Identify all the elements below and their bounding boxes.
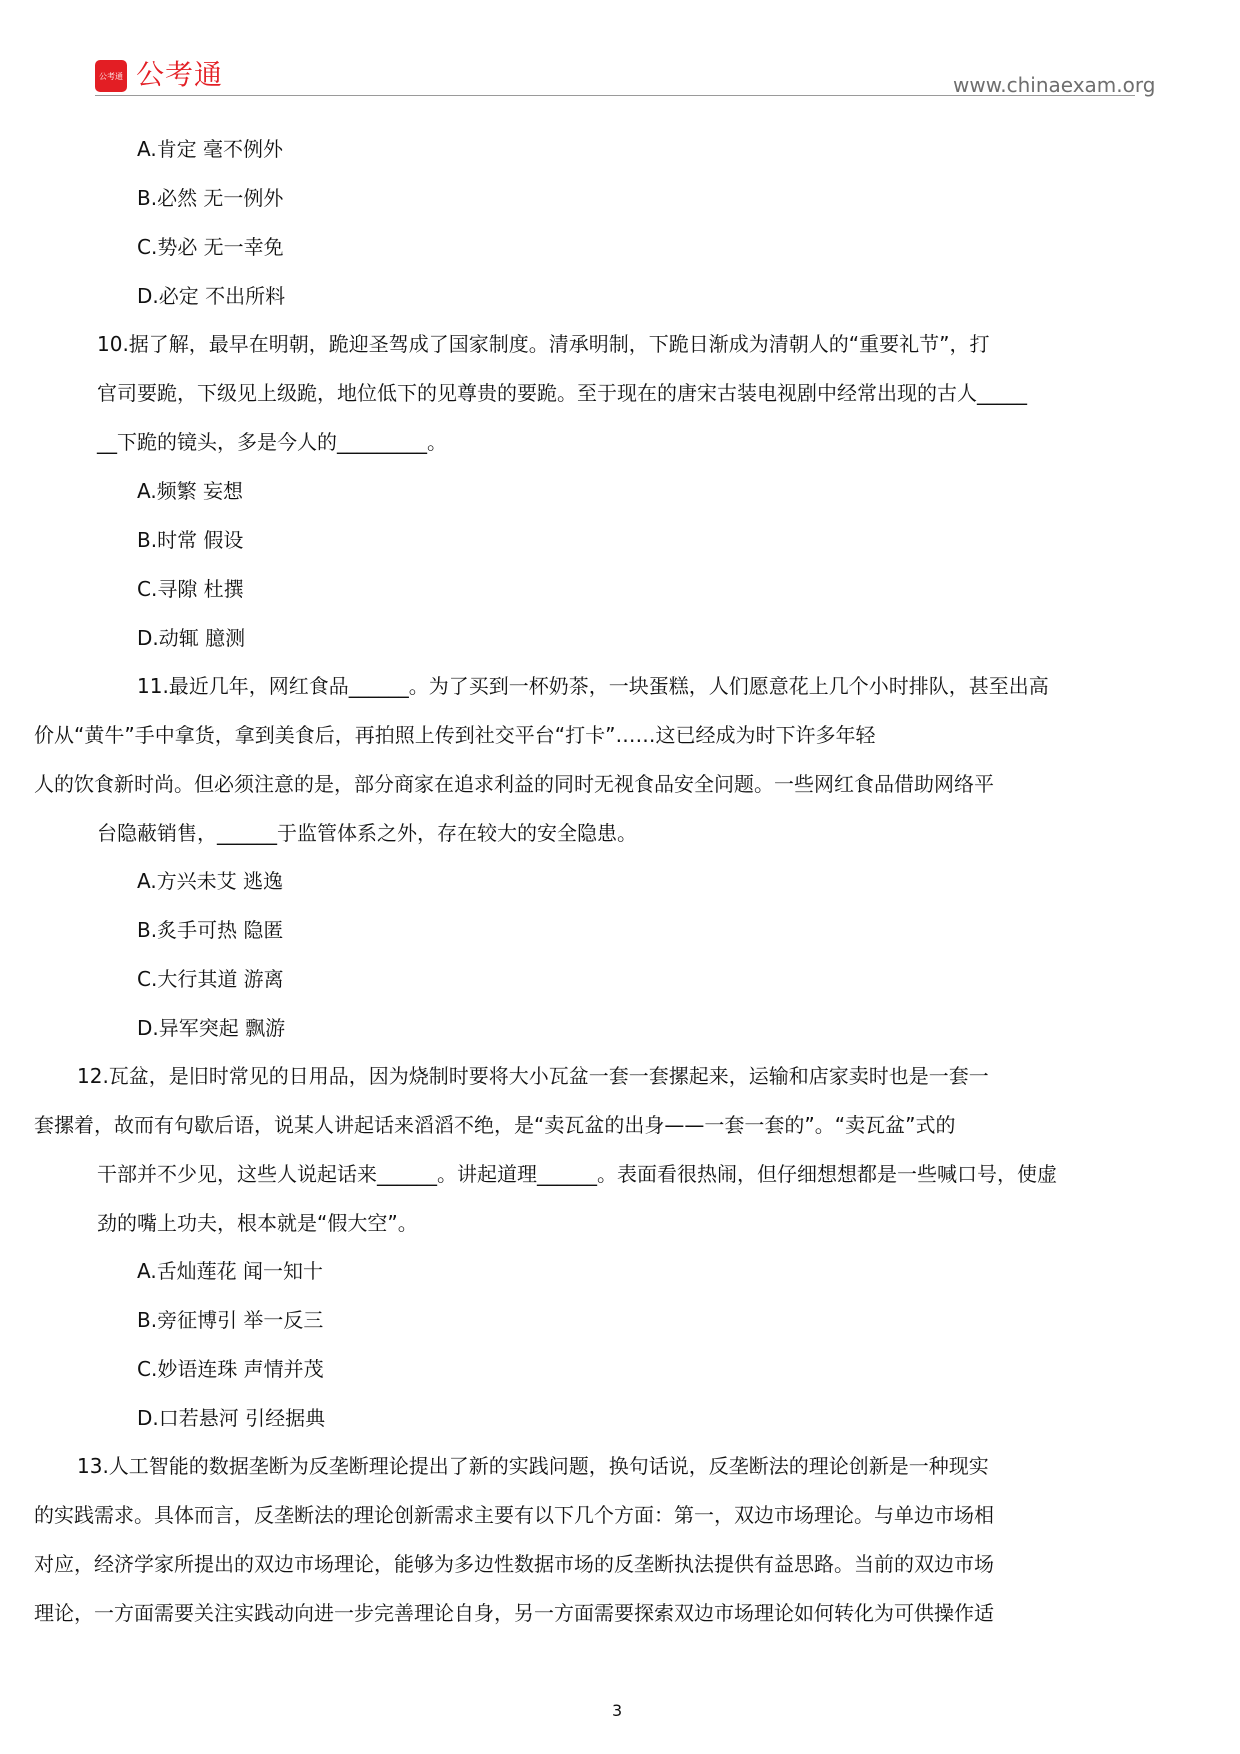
- brand-name: 公考通: [136, 58, 223, 92]
- q13-line-3: 对应，经济学家所提出的双边市场理论，能够为多边性数据市场的反垄断执法提供有益思路…: [34, 1550, 994, 1578]
- page-number: 3: [612, 1701, 622, 1720]
- q11-option-c: C.大行其道 游离: [137, 965, 284, 993]
- q11-line-4: 台隐蔽销售，______于监管体系之外，存在较大的安全隐患。: [97, 819, 637, 847]
- q9-option-a: A.肯定 毫不例外: [137, 135, 283, 163]
- q9-option-c: C.势必 无一幸免: [137, 233, 284, 261]
- q12-option-b: B.旁征博引 举一反三: [137, 1306, 323, 1334]
- q10-option-a: A.频繁 妄想: [137, 477, 243, 505]
- q10-line-1: 10.据了解，最早在明朝，跪迎圣驾成了国家制度。清承明制，下跪日渐成为清朝人的“…: [97, 330, 990, 358]
- q9-option-b: B.必然 无一例外: [137, 184, 283, 212]
- q10-option-d: D.动辄 臆测: [137, 624, 245, 652]
- q12-line-4: 劲的嘴上功夫，根本就是“假大空”。: [97, 1209, 418, 1237]
- q13-line-4: 理论，一方面需要关注实践动向进一步完善理论自身，另一方面需要探索双边市场理论如何…: [34, 1599, 994, 1627]
- q11-line-3: 人的饮食新时尚。但必须注意的是，部分商家在追求利益的同时无视食品安全问题。一些网…: [34, 770, 994, 798]
- q9-option-d: D.必定 不出所料: [137, 282, 285, 310]
- q11-option-b: B.炙手可热 隐匿: [137, 916, 283, 944]
- q12-line-3: 干部并不少见，这些人说起话来______。讲起道理______。表面看很热闹，但…: [97, 1160, 1057, 1188]
- q12-option-d: D.口若悬河 引经据典: [137, 1404, 325, 1432]
- page-header: 公考通 公考通 www.chinaexam.org: [0, 0, 1240, 130]
- q11-option-a: A.方兴未艾 逃逸: [137, 867, 283, 895]
- q11-line-1: 11.最近几年，网红食品______。为了买到一杯奶茶，一块蛋糕，人们愿意花上几…: [137, 672, 1049, 700]
- logo-icon: 公考通: [95, 60, 127, 92]
- q12-line-2: 套摞着，故而有句歇后语，说某人讲起话来滔滔不绝，是“卖瓦盆的出身——一套一套的”…: [34, 1111, 955, 1139]
- q12-option-c: C.妙语连珠 声情并茂: [137, 1355, 324, 1383]
- logo-mark-text: 公考通: [99, 71, 123, 82]
- q10-line-3: __下跪的镜头，多是今人的_________。: [97, 428, 447, 456]
- q12-line-1: 12.瓦盆，是旧时常见的日用品，因为烧制时要将大小瓦盆一套一套摞起来，运输和店家…: [77, 1062, 989, 1090]
- q12-option-a: A.舌灿莲花 闻一知十: [137, 1257, 323, 1285]
- q10-line-2: 官司要跪，下级见上级跪，地位低下的见尊贵的要跪。至于现在的唐宋古装电视剧中经常出…: [97, 379, 1027, 407]
- q11-line-2: 价从“黄牛”手中拿货，拿到美食后，再拍照上传到社交平台“打卡”……这已经成为时下…: [34, 721, 875, 749]
- q11-option-d: D.异军突起 飘游: [137, 1014, 285, 1042]
- q10-option-c: C.寻隙 杜撰: [137, 575, 244, 603]
- site-url: www.chinaexam.org: [953, 73, 1173, 97]
- q13-line-2: 的实践需求。具体而言，反垄断法的理论创新需求主要有以下几个方面：第一，双边市场理…: [34, 1501, 994, 1529]
- q10-option-b: B.时常 假设: [137, 526, 243, 554]
- q13-line-1: 13.人工智能的数据垄断为反垄断理论提出了新的实践问题，换句话说，反垄断法的理论…: [77, 1452, 989, 1480]
